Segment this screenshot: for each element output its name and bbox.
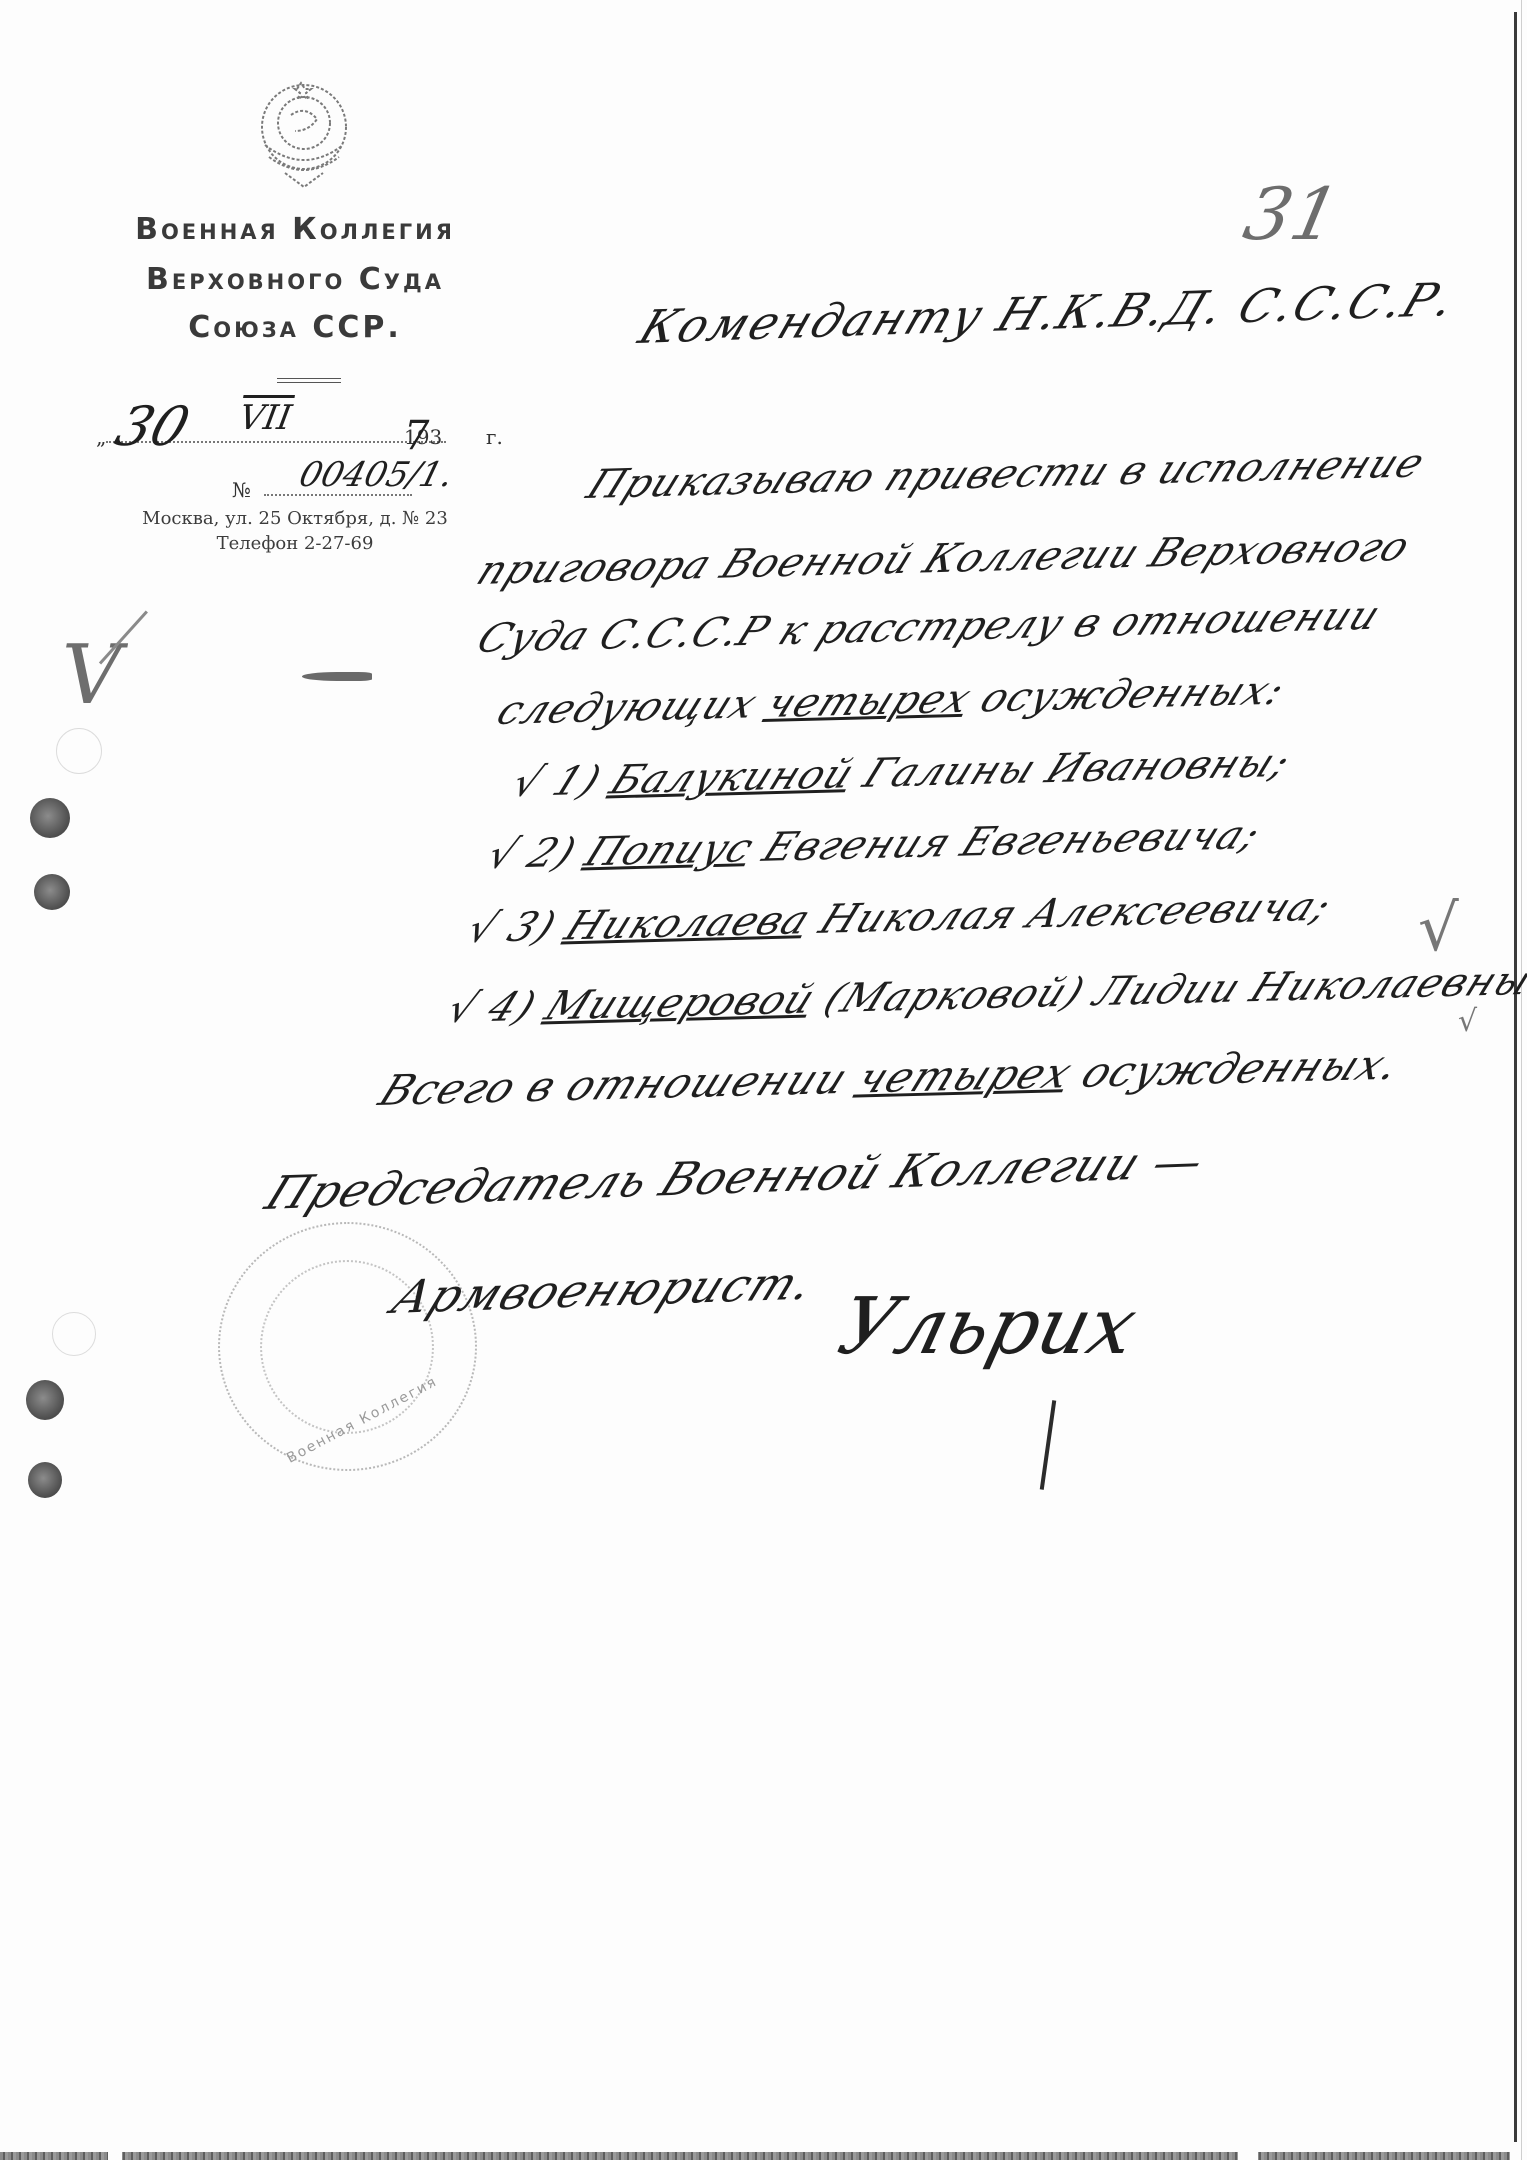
scan-gap bbox=[1238, 2150, 1258, 2160]
punch-hole-icon bbox=[30, 798, 70, 838]
body-line-2: приговора Военной Коллегии Верховного bbox=[470, 524, 1417, 594]
addressee: Коменданту Н.К.В.Д. С.С.С.Р. bbox=[632, 272, 1465, 354]
punch-hole-icon bbox=[34, 874, 70, 910]
page-edge-shadow bbox=[1521, 0, 1522, 2160]
list-item: √ 2) Попиус Евгения Евгеньевича; bbox=[480, 812, 1268, 878]
punch-hole-outline-icon bbox=[56, 728, 102, 774]
check-mark: √ bbox=[440, 985, 486, 1032]
letterhead-line-1: Военная Коллегия bbox=[60, 212, 530, 247]
punch-hole-icon bbox=[26, 1380, 64, 1420]
given-names: Николая Алексеевича; bbox=[812, 884, 1338, 943]
total-suffix: осужденных. bbox=[1060, 1040, 1409, 1097]
scan-bottom-edge bbox=[0, 2152, 1510, 2160]
list-item: √ 4) Мищеровой (Марковой) Лидии Николаев… bbox=[440, 958, 1527, 1032]
list-index: 3) bbox=[501, 904, 564, 951]
official-seal: Военная Коллегия bbox=[218, 1222, 477, 1471]
document-page: Военная Коллегия Верховного Суда Союза С… bbox=[0, 0, 1527, 2160]
letterhead-rule bbox=[277, 382, 341, 383]
pencil-check-icon: √ bbox=[1458, 1004, 1477, 1039]
list-item: √ 1) Балукиной Галины Ивановны; bbox=[505, 740, 1298, 806]
given-names: (Марковой) Лидии Николаевны. bbox=[817, 958, 1527, 1023]
punch-hole-icon bbox=[28, 1462, 62, 1498]
punch-hole-outline-icon bbox=[52, 1312, 96, 1356]
body-line-4: следующих четырех осужденных: bbox=[490, 668, 1293, 734]
letterhead-address: Москва, ул. 25 Октября, д. № 23 bbox=[60, 508, 530, 529]
list-index: 1) bbox=[546, 758, 609, 805]
signature: Ульрих bbox=[830, 1282, 1145, 1372]
page-edge-line bbox=[1514, 12, 1517, 2142]
surname: Балукиной bbox=[603, 751, 862, 803]
given-names: Евгения Евгеньевича; bbox=[756, 812, 1268, 871]
pencil-check-icon: √ bbox=[1418, 892, 1459, 966]
signatory-title: Председатель Военной Коллегии — bbox=[258, 1134, 1214, 1220]
body-line-3: Суда С.С.С.Р к расстрелу в отношении bbox=[470, 593, 1388, 662]
letterhead-phone: Телефон 2-27-69 bbox=[60, 533, 530, 554]
surname: Мищеровой bbox=[538, 977, 822, 1030]
list-item: √ 3) Николаева Николая Алексеевича; bbox=[460, 884, 1339, 952]
folio-number: 31 bbox=[1237, 172, 1346, 256]
body-line-4-prefix: следующих bbox=[490, 681, 779, 734]
surname: Попиус bbox=[578, 825, 761, 875]
handwritten-reference-number: 00405/1. bbox=[295, 455, 458, 495]
body-count-emphasis: четырех bbox=[759, 676, 978, 727]
check-mark: √ bbox=[460, 905, 506, 952]
signatory-rank: Армвоенюрист. bbox=[384, 1256, 823, 1324]
year-suffix: г. bbox=[486, 425, 503, 449]
letterhead-line-2: Верховного Суда bbox=[60, 262, 530, 297]
body-line-1: Приказываю привести в исполнение bbox=[580, 440, 1432, 508]
given-names: Галины Ивановны; bbox=[856, 740, 1297, 797]
body-line-4-suffix: осужденных: bbox=[960, 668, 1293, 722]
handwritten-month: VII bbox=[236, 398, 294, 438]
signature-flourish bbox=[1040, 1400, 1056, 1490]
number-field: № bbox=[232, 478, 251, 502]
check-mark: √ bbox=[505, 759, 551, 806]
list-index: 2) bbox=[521, 830, 584, 877]
total-line: Всего в отношении четырех осужденных. bbox=[372, 1040, 1408, 1115]
total-count-emphasis: четырех bbox=[850, 1048, 1080, 1102]
pencil-dash-mark bbox=[302, 672, 372, 681]
list-index: 4) bbox=[481, 984, 544, 1031]
surname: Николаева bbox=[558, 897, 818, 949]
handwritten-year-digit: 7 bbox=[404, 413, 429, 459]
total-prefix: Всего в отношении bbox=[372, 1054, 871, 1115]
number-label: № bbox=[232, 478, 251, 502]
ussr-coat-of-arms-icon bbox=[245, 75, 363, 195]
date-quote: „ bbox=[96, 425, 106, 449]
scan-gap bbox=[108, 2150, 122, 2160]
letterhead-line-3: Союза ССР. bbox=[60, 310, 530, 345]
check-mark: √ bbox=[480, 831, 526, 878]
letterhead-rule bbox=[277, 378, 341, 379]
